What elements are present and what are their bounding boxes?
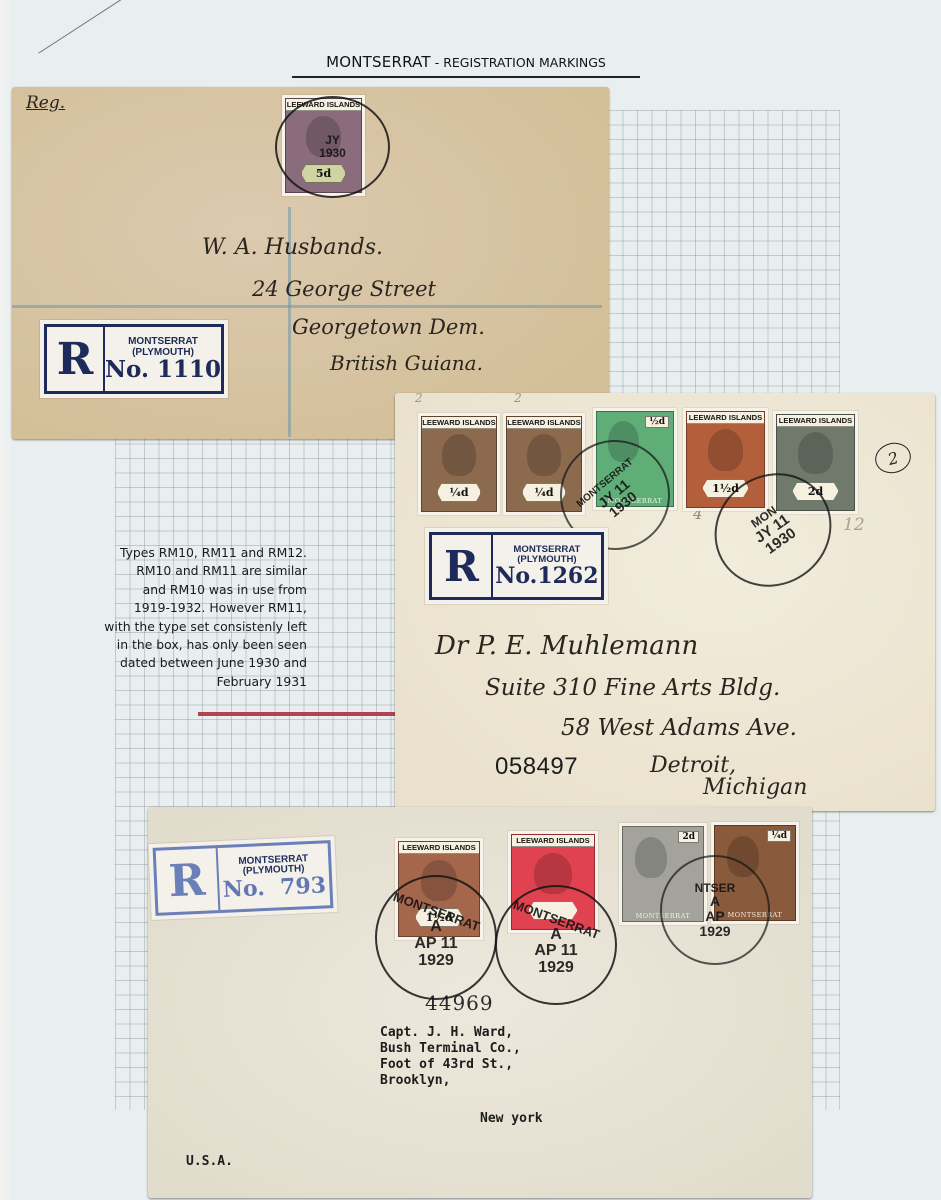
stamp-country: LEEWARD ISLANDS	[422, 417, 496, 429]
note-line: dated between June 1930 and	[64, 654, 307, 672]
stamp: LEEWARD ISLANDS ¼d	[418, 413, 500, 515]
address-line: British Guiana.	[330, 351, 483, 375]
note-accent-rule	[198, 712, 398, 716]
title-sub: REGISTRATION MARKINGS	[443, 55, 606, 70]
stamp-value: ¼d	[437, 483, 481, 502]
pencil-note: 12	[843, 515, 865, 535]
address-line: 58 West Adams Ave.	[561, 715, 797, 741]
postmark-year: 1929	[418, 953, 454, 970]
registration-number: No.1262	[495, 565, 598, 587]
address-line: Michigan	[703, 775, 807, 800]
note-line: February 1931	[64, 673, 307, 691]
stamp-country: LEEWARD ISLANDS	[507, 417, 581, 429]
king-portrait-icon	[708, 429, 743, 471]
page-title: MONTSERRAT - REGISTRATION MARKINGS	[292, 52, 640, 78]
circled-number: 2	[872, 439, 915, 477]
country-line: U.S.A.	[186, 1154, 233, 1171]
note-line: and RM10 was in use from	[64, 581, 307, 599]
stamp-country: LEEWARD ISLANDS	[777, 415, 854, 427]
note-line: 1919-1932. However RM11,	[64, 599, 307, 617]
address-line: Capt. J. H. Ward,	[380, 1025, 513, 1042]
king-portrait-icon	[527, 434, 561, 475]
note-line: Types RM10, RM11 and RM12.	[64, 544, 307, 562]
registration-line	[12, 305, 602, 308]
postmark-date: AP 11	[534, 943, 577, 960]
registration-number: No. 1110	[105, 358, 221, 381]
address-line: Dr P. E. Muhlemann	[435, 631, 698, 661]
king-portrait-icon	[442, 434, 476, 475]
postmark-date: AP 11	[414, 936, 457, 953]
postmark: MONTSERRAT A AP 11 1929	[495, 885, 617, 1005]
address-line: W. A. Husbands.	[202, 235, 383, 260]
serial-number: 058497	[495, 753, 578, 781]
postmark-year: 1929	[538, 960, 574, 977]
postmark-date: AP	[705, 909, 724, 924]
registration-town: MONTSERRAT	[128, 337, 198, 348]
title-main: MONTSERRAT	[326, 53, 431, 71]
postmark-code: A	[710, 894, 720, 909]
postmark: JY 1930	[275, 96, 390, 198]
registration-label: R MONTSERRAT (PLYMOUTH) No. 1110	[40, 320, 228, 398]
registration-r: R	[156, 848, 221, 913]
stamp-value: ¼d	[767, 830, 791, 842]
address-line: New york	[480, 1111, 543, 1128]
reg-annotation: Reg.	[26, 93, 65, 113]
stamp-country: LEEWARD ISLANDS	[512, 835, 594, 847]
postmark: MONTSERRAT A AP 11 1929	[375, 875, 497, 1000]
pencil-note: 2 2	[415, 391, 522, 405]
description-note: Types RM10, RM11 and RM12. RM10 and RM11…	[64, 544, 307, 691]
stamp-value: 2d	[678, 831, 699, 843]
address-line: Foot of 43rd St.,	[380, 1057, 513, 1074]
circled-number-text: 2	[886, 448, 901, 469]
address-line: Georgetown Dem.	[292, 315, 485, 339]
registration-label: R MONTSERRAT (PLYMOUTH) No. 793	[148, 836, 337, 920]
postmark-code: A	[430, 919, 442, 936]
note-line: in the box, has only been seen	[64, 636, 307, 654]
stamp-value: ½d	[645, 416, 669, 428]
registration-label: R MONTSERRAT (PLYMOUTH) No.1262	[425, 528, 608, 604]
postmark-year: 1930	[319, 147, 346, 160]
registration-r: R	[432, 535, 493, 597]
note-line: with the type set consistenly left	[34, 618, 307, 636]
king-portrait-icon	[635, 837, 667, 878]
address-line: Brooklyn,	[380, 1073, 450, 1090]
address-line: 24 George Street	[252, 277, 436, 301]
registration-r: R	[47, 327, 105, 391]
note-line: RM10 and RM11 are similar	[64, 562, 307, 580]
title-separator: -	[431, 55, 443, 70]
address-line: Bush Terminal Co.,	[380, 1041, 521, 1058]
registration-number: No. 793	[222, 874, 326, 900]
stamp-country: LEEWARD ISLANDS	[399, 842, 479, 854]
postmark: NTSER A AP 1929	[660, 855, 770, 965]
corner-mount-line	[38, 0, 122, 54]
postmark-year: 1929	[699, 924, 730, 939]
address-line: Suite 310 Fine Arts Bldg.	[485, 675, 780, 701]
king-portrait-icon	[798, 432, 833, 474]
stamp-country: LEEWARD ISLANDS	[687, 412, 764, 424]
